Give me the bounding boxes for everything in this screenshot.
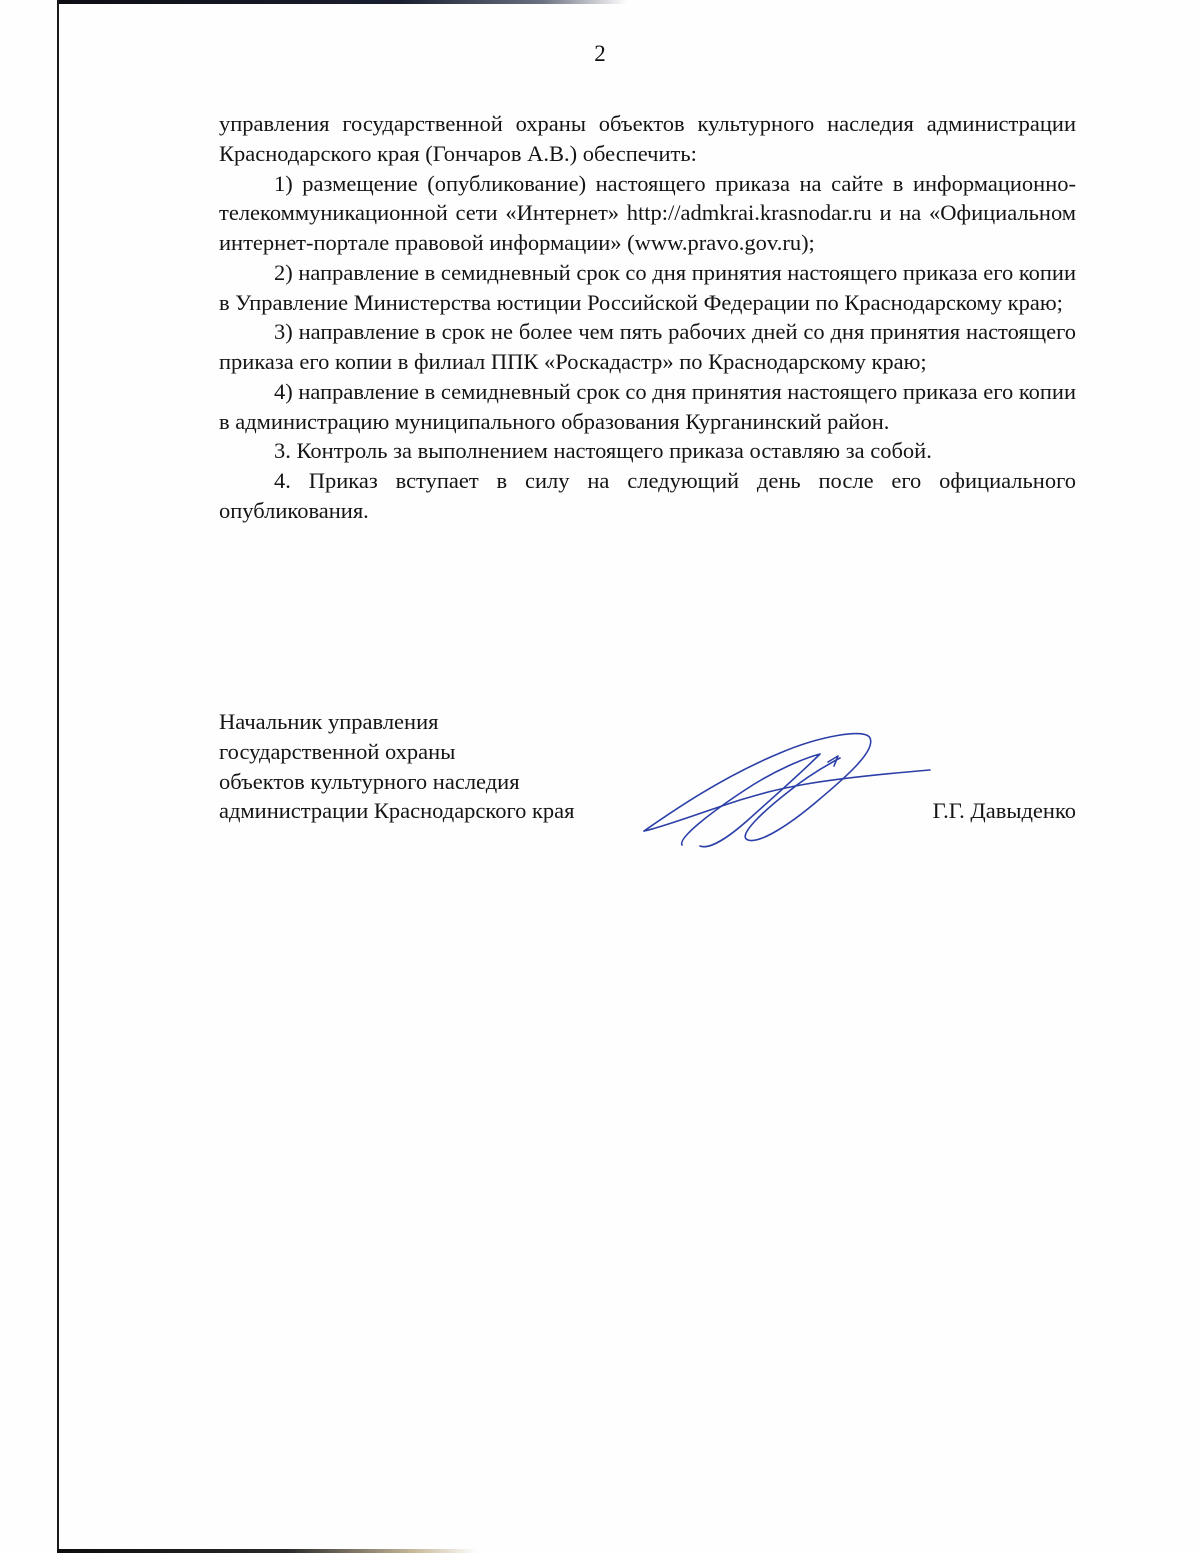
signatory-name: Г.Г. Давыденко	[933, 796, 1076, 826]
paragraph-item-3: 3) направление в срок не более чем пять …	[219, 317, 1076, 377]
paragraph-intro: управления государственной охраны объект…	[219, 109, 1076, 169]
scan-edge-top	[57, 0, 627, 4]
paragraph-item-4: 4) направление в семидневный срок со дня…	[219, 377, 1076, 437]
handwritten-signature-icon	[630, 718, 940, 848]
scan-edge-left	[57, 0, 59, 1553]
scan-edge-bottom	[57, 1549, 477, 1553]
page-number: 2	[0, 41, 1200, 67]
paragraph-clause-3: 3. Контроль за выполнением настоящего пр…	[219, 436, 1076, 466]
document-body: управления государственной охраны объект…	[219, 109, 1076, 526]
paragraph-item-2: 2) направление в семидневный срок со дня…	[219, 258, 1076, 318]
document-page: 2 управления государственной охраны объе…	[0, 0, 1200, 1553]
paragraph-item-1: 1) размещение (опубликование) настоящего…	[219, 169, 1076, 258]
paragraph-clause-4: 4. Приказ вступает в силу на следующий д…	[219, 466, 1076, 526]
